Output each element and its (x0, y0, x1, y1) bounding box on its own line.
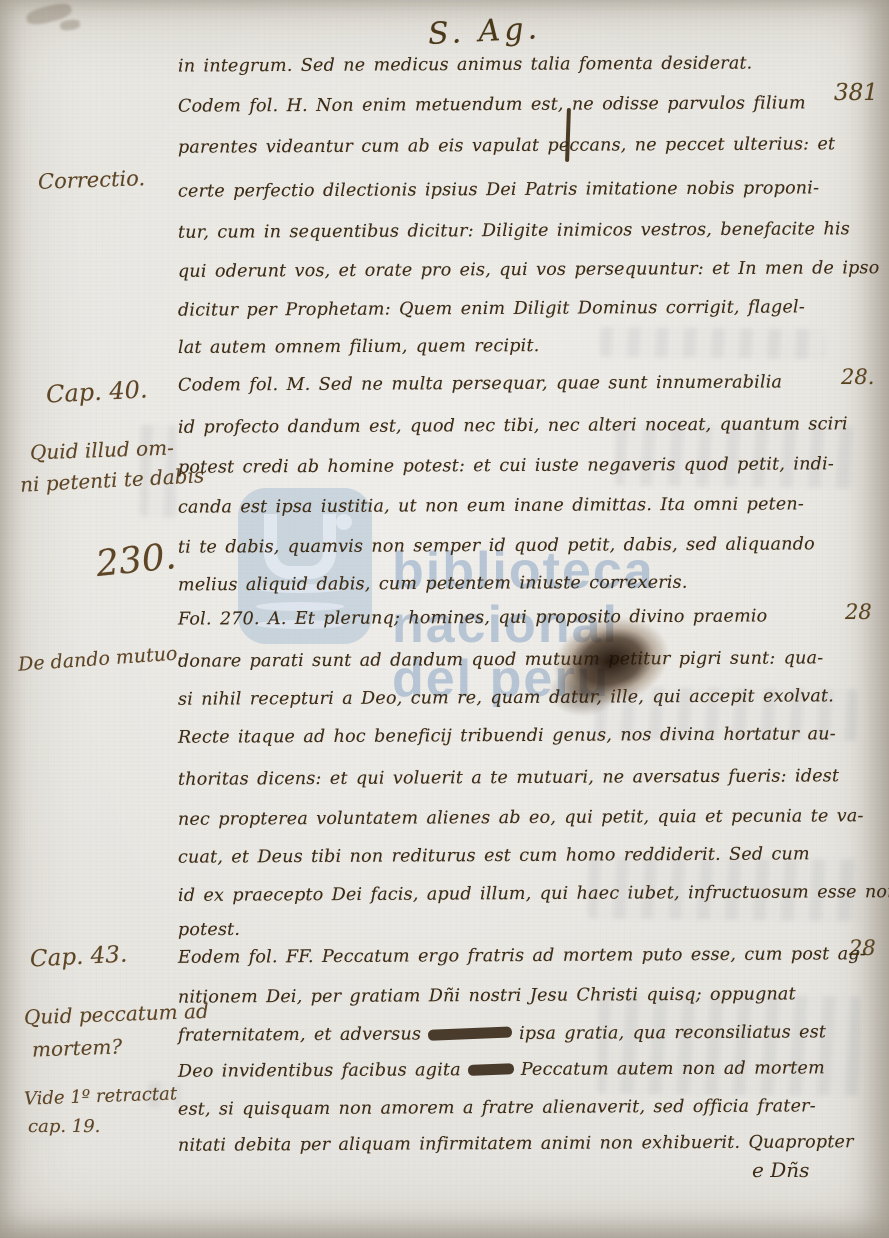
body-line: Deo invidentibus facibus agitaPeccatum a… (178, 1060, 825, 1081)
body-line-text: ti te dabis, quamvis non semper id quod … (178, 534, 815, 557)
body-line-text: Recte itaque ad hoc beneficij tribuendi … (178, 724, 836, 747)
body-line: tur, cum in sequentibus dicitur: Diligit… (178, 221, 850, 242)
body-line-text: nec propterea voluntatem alienes ab eo, … (178, 806, 864, 830)
body-line-text: in integrum. Sed ne medicus animus talia… (178, 53, 753, 76)
body-line-text: potest. (178, 920, 240, 940)
body-line-text: Peccatum autem non ad mortem (521, 1058, 825, 1080)
body-line: thoritas dicens: et qui voluerit a te mu… (178, 768, 839, 789)
body-line-text: lat autem omnem filium, quem recipit. (178, 336, 540, 358)
margin-note-cap-19: cap. 19. (28, 1116, 100, 1137)
body-line-text: cuat, et Deus tibi non rediturus est cum… (178, 844, 810, 867)
body-line-text: Deo invidentibus facibus agita (178, 1060, 461, 1081)
body-line: canda est ipsa iustitia, ut non eum inan… (178, 496, 804, 517)
body-line-text: dicitur per Prophetam: Quem enim Diligit… (178, 297, 805, 320)
manuscript-page: biblioteca nacional del perú S. Ag. 381 … (0, 0, 889, 1238)
margin-number: 28. (841, 365, 874, 389)
body-line-text: id profecto dandum est, quod nec tibi, n… (178, 414, 848, 438)
body-line: est, si quisquam non amorem a fratre ali… (178, 1098, 816, 1119)
body-line-text: potest credi ab homine potest: et cui iu… (178, 454, 834, 477)
body-line: lat autem omnem filium, quem recipit. (178, 338, 540, 357)
body-line: fraternitatem, et adversusipsa gratia, q… (178, 1024, 826, 1045)
folio-number: 381 (834, 80, 878, 106)
margin-number: 28 (845, 600, 872, 624)
margin-note-quid-illud: Quid illud om- (30, 435, 175, 464)
body-line-text: parentes videantur cum ab eis vapulat pe… (178, 134, 835, 157)
body-line: qui oderunt vos, et orate pro eis, qui v… (178, 260, 880, 281)
strikethrough-scribble (428, 1026, 512, 1040)
body-line: nitati debita per aliquam infirmitatem a… (178, 1134, 854, 1155)
body-line: in integrum. Sed ne medicus animus talia… (178, 55, 753, 76)
body-line: potest. (178, 922, 240, 940)
body-line-text: si nihil recepturi a Deo, cum re, quam d… (178, 686, 834, 709)
body-line: Eodem fol. FF. Peccatum ergo fratris ad … (178, 946, 866, 967)
body-line-text: donare parati sunt ad dandum quod mutuum… (178, 648, 823, 671)
body-line: melius aliquid dabis, cum petentem inius… (178, 575, 688, 595)
body-line: Codem fol. M. Sed ne multa persequar, qu… (178, 374, 782, 395)
body-line-text: canda est ipsa iustitia, ut non eum inan… (178, 494, 804, 517)
body-line: dicitur per Prophetam: Quem enim Diligit… (178, 299, 805, 320)
margin-note-correctio: Correctio. (38, 166, 146, 194)
body-line-text: nitati debita per aliquam infirmitatem a… (178, 1132, 854, 1156)
body-line-text: melius aliquid dabis, cum petentem inius… (178, 573, 688, 596)
body-line-text: tur, cum in sequentibus dicitur: Diligit… (178, 219, 850, 243)
margin-note-mortem: mortem? (32, 1034, 123, 1061)
strikethrough-scribble (468, 1063, 514, 1076)
page-heading: S. Ag. (427, 11, 542, 52)
body-line-text: nitionem Dei, per gratiam Dñi nostri Jes… (178, 984, 796, 1007)
margin-note-cap-43: Cap. 43. (29, 941, 127, 972)
body-line-text: thoritas dicens: et qui voluerit a te mu… (178, 766, 839, 789)
body-line: Recte itaque ad hoc beneficij tribuendi … (178, 726, 836, 747)
body-line: Fol. 270. A. Et plerunq; homines, qui pr… (178, 608, 767, 629)
body-line: donare parati sunt ad dandum quod mutuum… (178, 650, 823, 671)
body-line: potest credi ab homine potest: et cui iu… (178, 456, 834, 477)
catchword: e Dñs (752, 1158, 809, 1182)
body-line-text: fraternitatem, et adversus (178, 1024, 421, 1045)
margin-note-cap-40: Cap. 40. (45, 375, 148, 408)
body-line: id profecto dandum est, quod nec tibi, n… (178, 416, 848, 437)
body-line: certe perfectio dilectionis ipsius Dei P… (178, 180, 819, 201)
body-line: parentes videantur cum ab eis vapulat pe… (178, 136, 835, 157)
ink-blot-smudge (548, 668, 618, 716)
bleedthrough-mark (600, 327, 825, 359)
body-line-text: certe perfectio dilectionis ipsius Dei P… (178, 178, 819, 201)
body-line-text: est, si quisquam non amorem a fratre ali… (178, 1096, 816, 1119)
body-line: id ex praecepto Dei facis, apud illum, q… (178, 884, 889, 905)
body-line-text: Fol. 270. A. Et plerunq; homines, qui pr… (178, 606, 767, 629)
margin-note-omni-petenti: ni petenti te dabis (19, 463, 204, 497)
body-line-text: Eodem fol. FF. Peccatum ergo fratris ad … (178, 944, 866, 968)
body-line-text: Codem fol. H. Non enim metuendum est, ne… (178, 93, 806, 116)
body-line: nec propterea voluntatem alienes ab eo, … (178, 808, 864, 829)
body-line-text: id ex praecepto Dei facis, apud illum, q… (178, 882, 889, 906)
body-line: si nihil recepturi a Deo, cum re, quam d… (178, 688, 834, 709)
body-line: Codem fol. H. Non enim metuendum est, ne… (178, 95, 806, 116)
corner-ink-smudge (59, 19, 80, 32)
body-line-text: qui oderunt vos, et orate pro eis, qui v… (178, 258, 880, 282)
body-line: nitionem Dei, per gratiam Dñi nostri Jes… (178, 986, 796, 1007)
body-line: ti te dabis, quamvis non semper id quod … (178, 536, 815, 557)
body-line-text: ipsa gratia, qua reconsiliatus est (519, 1022, 826, 1044)
body-line-text: Codem fol. M. Sed ne multa persequar, qu… (178, 372, 782, 395)
margin-note-de-dando-mutuo: De dando mutuo. (17, 642, 183, 675)
body-line: cuat, et Deus tibi non rediturus est cum… (178, 846, 810, 867)
margin-number-230: 230. (94, 536, 178, 585)
bleedthrough-mark (597, 994, 860, 1097)
